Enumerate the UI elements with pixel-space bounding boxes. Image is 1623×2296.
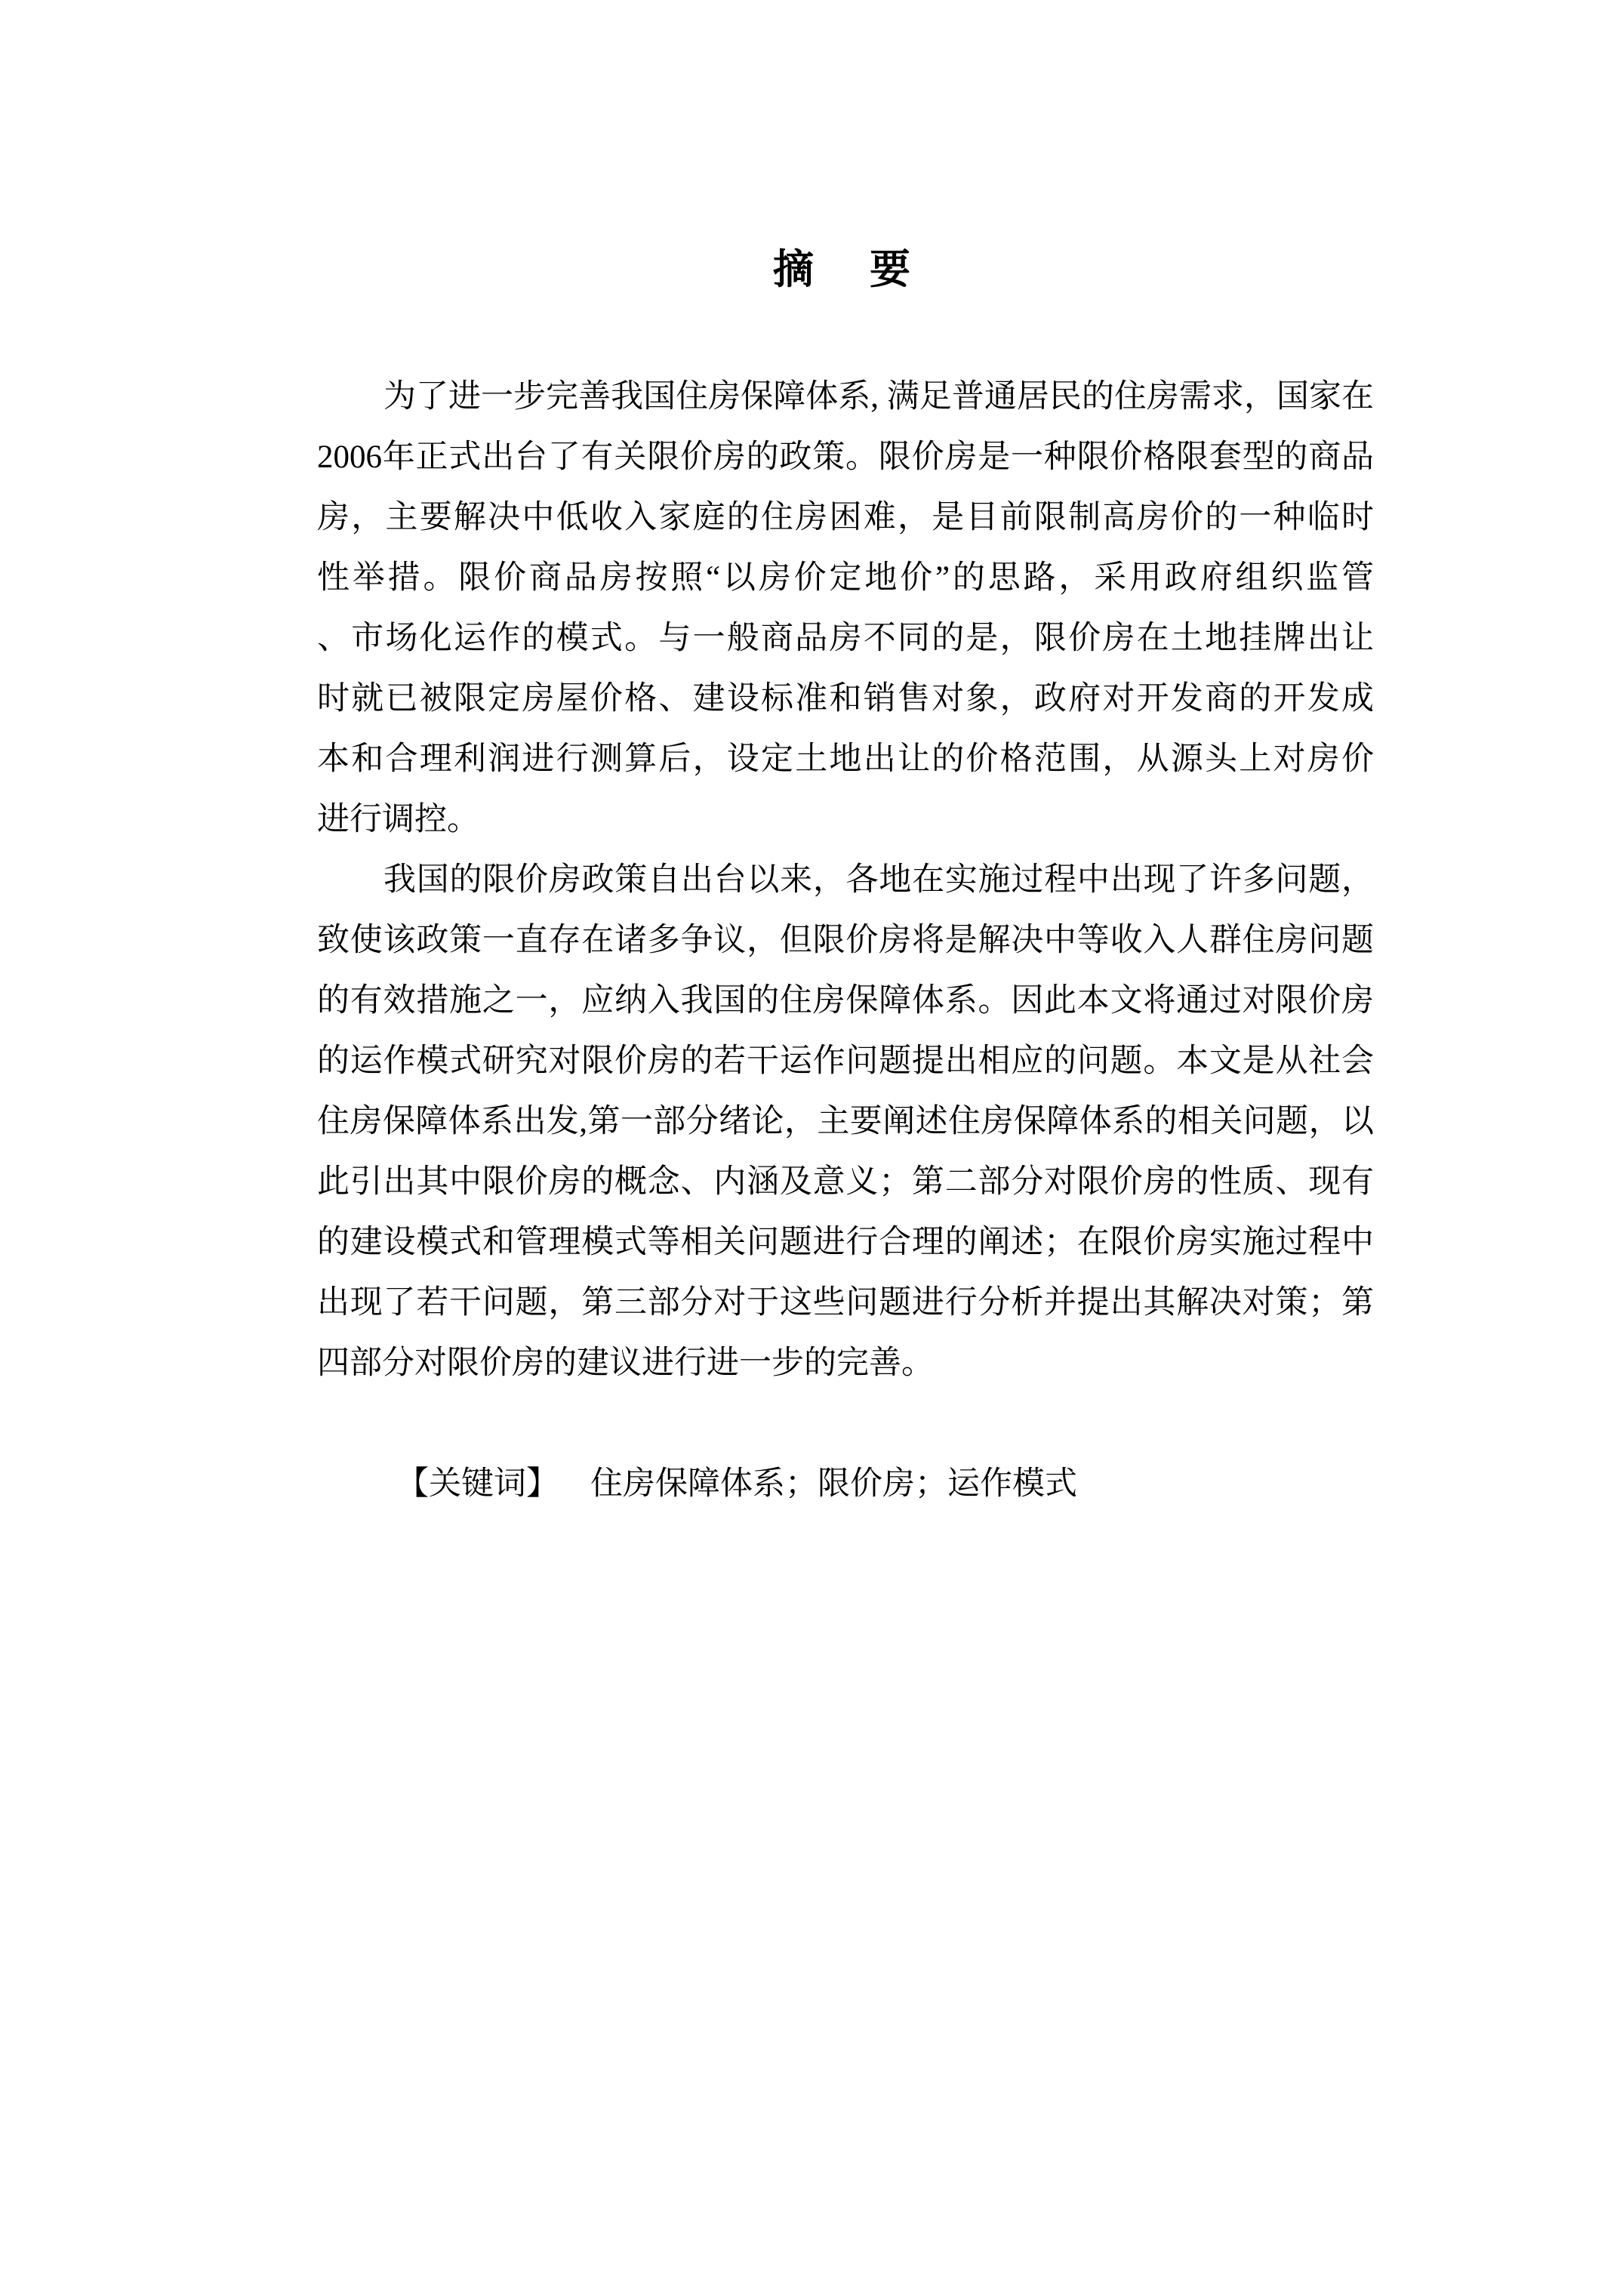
text-line: 出现了若干问题，第三部分对于这些问题进行分析并提出其解决对策；第 bbox=[317, 1273, 1374, 1333]
document-page: 摘 要 为了进一步完善我国住房保障体系, 满足普通居民的住房需求，国家在 200… bbox=[0, 0, 1623, 2296]
text-column: 摘 要 为了进一步完善我国住房保障体系, 满足普通居民的住房需求，国家在 200… bbox=[317, 0, 1374, 1515]
text-line: 本和合理利润进行测算后，设定土地出让的价格范围，从源头上对房价 bbox=[317, 729, 1374, 790]
text-line: 性举措。限价商品房按照“以房价定地价”的思路，采用政府组织监管 bbox=[317, 548, 1374, 609]
text-line: 为了进一步完善我国住房保障体系, 满足普通居民的住房需求，国家在 bbox=[317, 367, 1374, 427]
keywords-label: 【关键词】 bbox=[396, 1466, 559, 1502]
text-line: 房，主要解决中低收入家庭的住房困难，是目前限制高房价的一种临时 bbox=[317, 488, 1374, 548]
text-line: 的建设模式和管理模式等相关问题进行合理的阐述；在限价房实施过程中 bbox=[317, 1213, 1374, 1273]
keywords-line: 【关键词】住房保障体系；限价房；运作模式 bbox=[317, 1454, 1374, 1515]
text-line: 时就已被限定房屋价格、建设标准和销售对象，政府对开发商的开发成 bbox=[317, 669, 1374, 729]
text-line: 住房保障体系出发,第一部分绪论，主要阐述住房保障体系的相关问题，以 bbox=[317, 1092, 1374, 1152]
page-title: 摘 要 bbox=[317, 0, 1374, 291]
paragraph-1: 为了进一步完善我国住房保障体系, 满足普通居民的住房需求，国家在 2006年正式… bbox=[317, 367, 1374, 850]
text-line: 2006年正式出台了有关限价房的政策。限价房是一种限价格限套型的商品 bbox=[317, 427, 1374, 488]
text-line: 的有效措施之一，应纳入我国的住房保障体系。因此本文将通过对限价房 bbox=[317, 971, 1374, 1031]
paragraph-2: 我国的限价房政策自出台以来，各地在实施过程中出现了许多问题， 致使该政策一直存在… bbox=[317, 850, 1374, 1394]
abstract-body: 为了进一步完善我国住房保障体系, 满足普通居民的住房需求，国家在 2006年正式… bbox=[317, 367, 1374, 1394]
text-line: 我国的限价房政策自出台以来，各地在实施过程中出现了许多问题， bbox=[317, 850, 1374, 911]
text-line: 进行调控。 bbox=[317, 790, 1374, 850]
text-line: 四部分对限价房的建议进行进一步的完善。 bbox=[317, 1333, 1374, 1394]
text-line: 、市场化运作的模式。与一般商品房不同的是，限价房在土地挂牌出让 bbox=[317, 609, 1374, 669]
text-line: 致使该政策一直存在诸多争议，但限价房将是解决中等收入人群住房问题 bbox=[317, 911, 1374, 971]
keywords-terms: 住房保障体系；限价房；运作模式 bbox=[590, 1466, 1077, 1502]
text-line: 此引出其中限价房的概念、内涵及意义；第二部分对限价房的性质、现有 bbox=[317, 1152, 1374, 1213]
text-line: 的运作模式研究对限价房的若干运作问题提出相应的问题。本文是从社会 bbox=[317, 1031, 1374, 1092]
